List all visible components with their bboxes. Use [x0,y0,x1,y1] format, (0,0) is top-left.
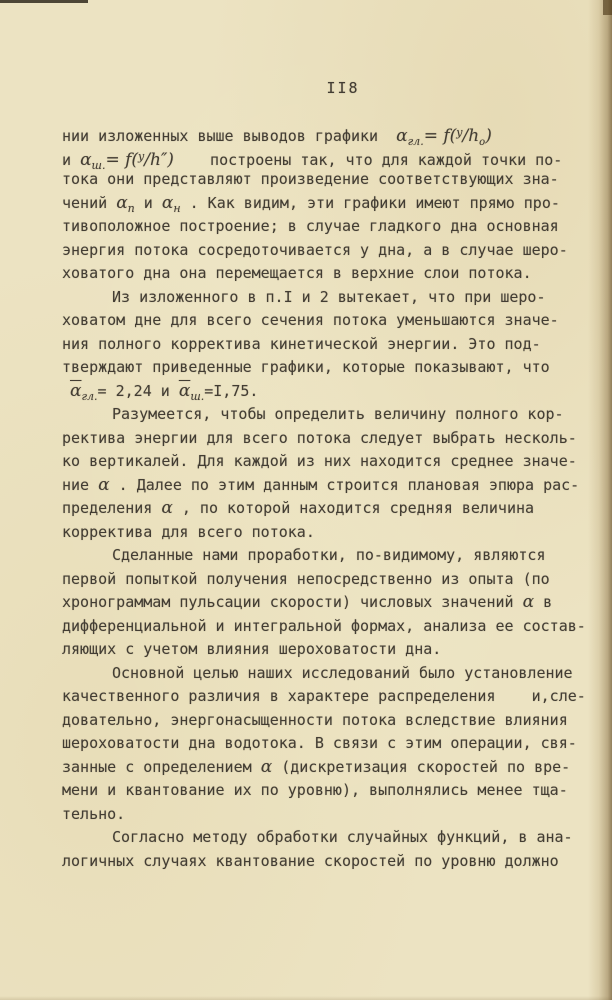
text-line: ние α . Далее по этим данным строится пл… [62,474,602,498]
text-line: корректива для всего потока. [62,521,602,545]
handwritten-math-symbol: α [98,475,109,495]
scanned-page: II8 нии изложенных выше выводов графики … [0,0,612,1000]
text-line: Из изложенного в п.I и 2 вытекает, что п… [62,286,602,310]
text-line: энергия потока сосредоточивается у дна, … [62,239,602,263]
typewriter-text: корректива для всего потока. [62,523,315,541]
text-line: тока они представляют произведение соотв… [62,168,602,192]
handwritten-math-symbol: = f( [424,126,457,146]
text-line: пределения α , по которой находится сред… [62,497,602,521]
handwritten-math-symbol: гл. [81,390,97,403]
typewriter-text: Из изложенного в п.I и 2 вытекает, что п… [112,288,545,306]
typewriter-text: в [534,593,552,611]
handwritten-math-symbol: α [261,757,272,777]
handwritten-math-symbol: ) [485,126,492,146]
text-line: дифференциальной и интегральной формах, … [62,615,602,639]
handwritten-math-symbol: α [162,193,173,213]
typewriter-text: ховатого дна она перемещается в верхние … [62,264,532,282]
typewriter-text: тивоположное построение; в случае гладко… [62,217,559,235]
typewriter-text: дифференциальной и интегральной формах, … [62,617,586,635]
text-line: шероховатости дна водотока. В связи с эт… [62,732,602,756]
handwritten-math-symbol: α [80,150,91,170]
text-line: мени и квантование их по уровню), выполн… [62,779,602,803]
page-bottom-shadow [0,996,612,1000]
text-line: ректива энергии для всего потока следует… [62,427,602,451]
typewriter-text: ния полного корректива кинетической энер… [62,335,541,353]
text-line: αгл.= 2,24 и αш.=I,75. [62,380,602,404]
handwritten-math-symbol: /h [462,126,479,146]
text-line: первой попыткой получения непосредственн… [62,568,602,592]
text-line: Сделанные нами проработки, по-видимому, … [62,544,602,568]
text-line: Разумеется, чтобы определить величину по… [62,403,602,427]
typewriter-text: Основной целью наших исследований было у… [112,664,573,682]
text-line: логичных случаях квантование скоростей п… [62,850,602,874]
text-line: тивоположное построение; в случае гладко… [62,215,602,239]
typewriter-text: качественного различия в характере распр… [62,687,586,705]
typewriter-text: и [135,194,162,212]
text-line: хронограммам пульсации скорости) числовы… [62,591,602,615]
typewriter-text: тельно. [62,805,125,823]
typewriter-text: довательно, энергонасыщенности потока вс… [62,711,568,729]
typewriter-text: чений [62,194,116,212]
handwritten-math-symbol: α [396,126,407,146]
handwritten-math-symbol: α [179,381,190,401]
typewriter-text: логичных случаях квантование скоростей п… [62,852,559,870]
typewriter-text: . Далее по этим данным строится плановая… [110,476,580,494]
typewriter-text: . Как видим, эти графики имеют прямо про… [181,194,560,212]
typewriter-text: , по которой находится средняя величина [173,499,534,517]
text-line: Основной целью наших исследований было у… [62,662,602,686]
typewriter-text: Согласно методу обработки случайных функ… [112,828,573,846]
text-line: тельно. [62,803,602,827]
typewriter-text: Разумеется, чтобы определить величину по… [112,405,564,423]
text-line: и αш.= f(y/h″) построены так, что для ка… [62,145,602,169]
text-line: ко вертикалей. Для каждой из них находит… [62,450,602,474]
typewriter-text: тока они представляют произведение соотв… [62,170,559,188]
text-line: Согласно методу обработки случайных функ… [62,826,602,850]
text-line: нии изложенных выше выводов графики αгл.… [62,121,602,145]
handwritten-math-symbol: α [161,498,172,518]
handwritten-math-symbol: α [523,592,534,612]
typewriter-text: построены так, что для каждой точки по- [174,151,562,169]
text-block: нии изложенных выше выводов графики αгл.… [62,121,602,873]
text-line: чений αп и αн . Как видим, эти графики и… [62,192,602,216]
typewriter-text: хронограммам пульсации скорости) числовы… [62,593,523,611]
typewriter-text: =I,75. [204,382,258,400]
text-line: ния полного корректива кинетической энер… [62,333,602,357]
handwritten-math-symbol: α [70,381,81,401]
typewriter-text: пределения [62,499,161,517]
photo-edge-top-left [0,0,88,3]
typewriter-text: мени и квантование их по уровню), выполн… [62,781,568,799]
typewriter-text: ко вертикалей. Для каждой из них находит… [62,452,577,470]
typewriter-text: и [62,151,80,169]
handwritten-math-symbol: ш. [190,390,204,403]
text-line: ховатом дне для всего сечения потока уме… [62,309,602,333]
handwritten-math-symbol: α [116,193,127,213]
handwritten-math-symbol: н [173,202,180,215]
page-number: II8 [326,79,359,97]
typewriter-text: шероховатости дна водотока. В связи с эт… [62,734,577,752]
typewriter-text: ректива энергии для всего потока следует… [62,429,577,447]
text-line: тверждают приведенные графики, которые п… [62,356,602,380]
handwritten-math-symbol: /h″) [144,150,174,170]
handwritten-math-symbol: = f( [105,150,138,170]
typewriter-text: первой попыткой получения непосредственн… [62,570,550,588]
typewriter-text: ляющих с учетом влияния шероховатости дн… [62,640,441,658]
text-line: довательно, энергонасыщенности потока вс… [62,709,602,733]
typewriter-text: = 2,24 и [98,382,179,400]
typewriter-text: (дискретизация скоростей по вре- [272,758,570,776]
typewriter-text: тверждают приведенные графики, которые п… [62,358,550,376]
photo-edge-corner [603,0,612,15]
text-line: занные с определением α (дискретизация с… [62,756,602,780]
typewriter-text: занные с определением [62,758,261,776]
text-line: качественного различия в характере распр… [62,685,602,709]
typewriter-text: энергия потока сосредоточивается у дна, … [62,241,568,259]
text-line: ляющих с учетом влияния шероховатости дн… [62,638,602,662]
typewriter-text: нии изложенных выше выводов графики [62,127,396,145]
handwritten-math-symbol: п [128,202,135,215]
typewriter-text: ние [62,476,98,494]
text-line: ховатого дна она перемещается в верхние … [62,262,602,286]
typewriter-text: Сделанные нами проработки, по-видимому, … [112,546,545,564]
typewriter-text: ховатом дне для всего сечения потока уме… [62,311,559,329]
